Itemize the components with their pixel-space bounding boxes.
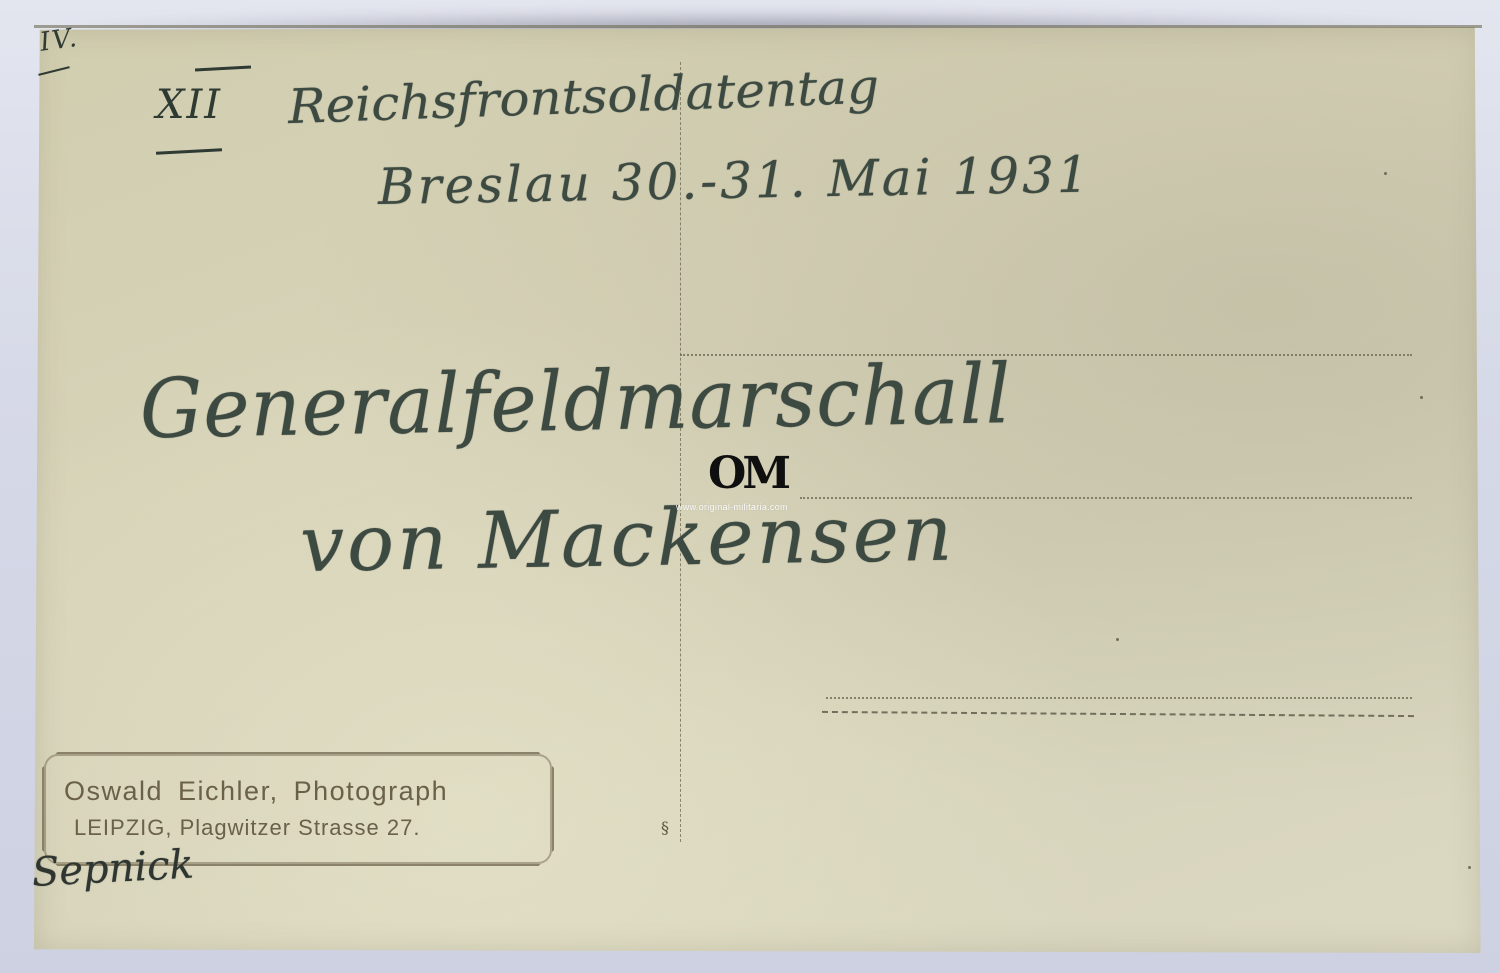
- stamp-address: LEIPZIG, Plagwitzer Strasse 27.: [74, 815, 420, 841]
- handwritten-title: Generalfeldmarschall: [139, 348, 1012, 458]
- stamp-photographer-name: Oswald Eichler, Photograph: [64, 776, 448, 807]
- paper-speck: [1468, 866, 1471, 869]
- corner-mark: IV.: [38, 23, 81, 58]
- divider-mark: §: [661, 818, 669, 837]
- paper-speck: [1116, 638, 1119, 641]
- handwritten-signature: Sepnick: [31, 842, 195, 896]
- handwritten-name: von Mackensen: [299, 489, 956, 590]
- watermark-url: www.original-militaria.com: [676, 502, 788, 512]
- paper-speck: [1384, 172, 1387, 175]
- postcard-top-edge: [34, 25, 1482, 28]
- photo-stage: § IV. XII Reichsfrontsoldatentag Breslau…: [0, 0, 1500, 973]
- watermark-logo: OM: [708, 448, 787, 499]
- paper-speck: [1420, 396, 1423, 399]
- address-line-3: [826, 697, 1412, 699]
- handwritten-numeral: XII: [156, 82, 222, 128]
